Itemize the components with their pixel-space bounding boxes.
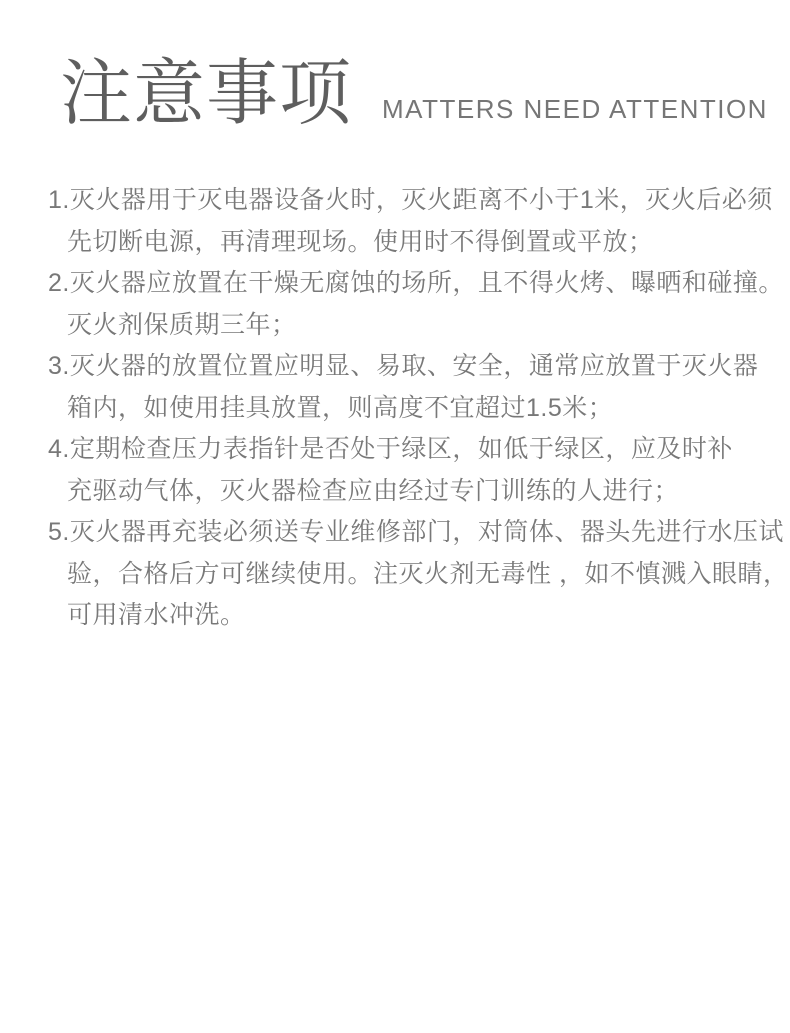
note-line: 先切断电源，再清理现场。使用时不得倒置或平放； bbox=[48, 222, 754, 264]
note-line: 充驱动气体，灭火器检查应由经过专门训练的人进行； bbox=[48, 471, 754, 513]
note-item-2: 2.灭火器应放置在干燥无腐蚀的场所，且不得火烤、曝晒和碰撞。 灭火剂保质期三年； bbox=[48, 263, 754, 346]
note-item-4: 4.定期检查压力表指针是否处于绿区，如低于绿区，应及时补 充驱动气体，灭火器检查… bbox=[48, 429, 754, 512]
document-header: 注意事项 MATTERS NEED ATTENTION bbox=[60, 55, 754, 134]
note-line: 可用清水冲洗。 bbox=[48, 595, 754, 637]
note-item-3: 3.灭火器的放置位置应明显、易取、安全，通常应放置于灭火器 箱内，如使用挂具放置… bbox=[48, 346, 754, 429]
note-line: 灭火剂保质期三年； bbox=[48, 305, 754, 347]
note-line: 1.灭火器用于灭电器设备火时，灭火距离不小于1米，灭火后必须 bbox=[48, 180, 754, 222]
note-line: 箱内，如使用挂具放置，则高度不宜超过1.5米； bbox=[48, 388, 754, 430]
note-item-5: 5.灭火器再充装必须送专业维修部门，对筒体、器头先进行水压试 验，合格后方可继续… bbox=[48, 512, 754, 637]
note-item-1: 1.灭火器用于灭电器设备火时，灭火距离不小于1米，灭火后必须 先切断电源，再清理… bbox=[48, 180, 754, 263]
note-line: 2.灭火器应放置在干燥无腐蚀的场所，且不得火烤、曝晒和碰撞。 bbox=[48, 263, 754, 305]
notes-list: 1.灭火器用于灭电器设备火时，灭火距离不小于1米，灭火后必须 先切断电源，再清理… bbox=[48, 180, 754, 637]
page-subtitle: MATTERS NEED ATTENTION bbox=[382, 94, 768, 125]
note-line: 验，合格后方可继续使用。注灭火剂无毒性 ，如不慎溅入眼睛， bbox=[48, 554, 754, 596]
page-title: 注意事项 bbox=[60, 55, 352, 134]
note-line: 3.灭火器的放置位置应明显、易取、安全，通常应放置于灭火器 bbox=[48, 346, 754, 388]
notice-document: 注意事项 MATTERS NEED ATTENTION 1.灭火器用于灭电器设备… bbox=[0, 0, 790, 637]
note-line: 4.定期检查压力表指针是否处于绿区，如低于绿区，应及时补 bbox=[48, 429, 754, 471]
note-line: 5.灭火器再充装必须送专业维修部门，对筒体、器头先进行水压试 bbox=[48, 512, 754, 554]
